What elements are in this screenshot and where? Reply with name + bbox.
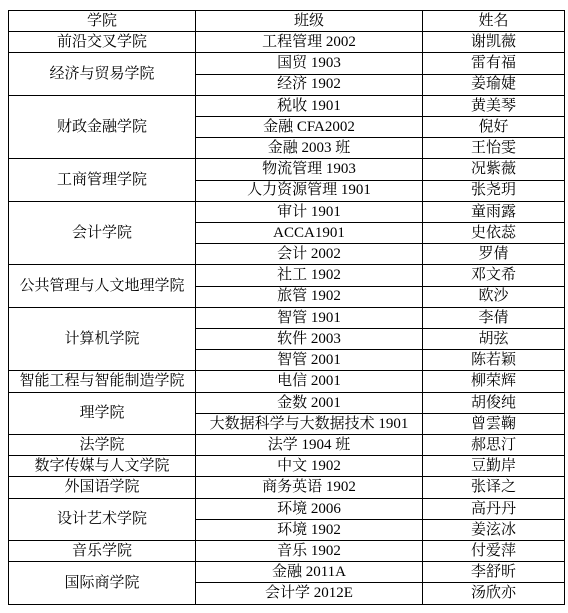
name-cell: 史依蕊 — [423, 223, 565, 244]
table-row: 智能工程与智能制造学院 电信 2001 柳荣辉 — [9, 371, 565, 392]
name-cell: 雷有福 — [423, 53, 565, 74]
class-cell: 法学 1904 班 — [196, 435, 423, 456]
table-row: 音乐学院 音乐 1902 付爱萍 — [9, 541, 565, 562]
class-cell: 会计学 2012E — [196, 583, 423, 605]
class-cell: 商务英语 1902 — [196, 477, 423, 498]
class-cell: 音乐 1902 — [196, 541, 423, 562]
name-cell: 胡弦 — [423, 329, 565, 350]
college-cell: 公共管理与人文地理学院 — [9, 265, 196, 307]
class-cell: 税收 1901 — [196, 95, 423, 116]
student-table: 学院 班级 姓名 前沿交叉学院 工程管理 2002 谢凯薇 经济与贸易学院 国贸… — [8, 10, 565, 605]
name-cell: 汤欣亦 — [423, 583, 565, 605]
class-cell: 电信 2001 — [196, 371, 423, 392]
college-cell: 音乐学院 — [9, 541, 196, 562]
name-cell: 李倩 — [423, 307, 565, 328]
class-cell: 工程管理 2002 — [196, 32, 423, 53]
class-cell: 人力资源管理 1901 — [196, 180, 423, 201]
name-cell: 童雨露 — [423, 201, 565, 222]
class-cell: 大数据科学与大数据技术 1901 — [196, 413, 423, 434]
college-cell: 财政金融学院 — [9, 95, 196, 159]
class-cell: 金融 2011A — [196, 562, 423, 583]
name-cell: 倪好 — [423, 117, 565, 138]
name-cell: 欧沙 — [423, 286, 565, 307]
table-row: 外国语学院 商务英语 1902 张译之 — [9, 477, 565, 498]
college-cell: 会计学院 — [9, 201, 196, 265]
name-cell: 豆勤岸 — [423, 456, 565, 477]
name-cell: 张译之 — [423, 477, 565, 498]
table-row: 前沿交叉学院 工程管理 2002 谢凯薇 — [9, 32, 565, 53]
name-cell: 高丹丹 — [423, 498, 565, 519]
class-cell: 金数 2001 — [196, 392, 423, 413]
header-row: 学院 班级 姓名 — [9, 11, 565, 32]
name-cell: 姜瑜婕 — [423, 74, 565, 95]
table-row: 设计艺术学院 环境 2006 高丹丹 — [9, 498, 565, 519]
table-row: 理学院 金数 2001 胡俊纯 — [9, 392, 565, 413]
table-row: 工商管理学院 物流管理 1903 况紫薇 — [9, 159, 565, 180]
name-cell: 况紫薇 — [423, 159, 565, 180]
class-cell: 审计 1901 — [196, 201, 423, 222]
name-cell: 付爱萍 — [423, 541, 565, 562]
class-cell: 金融 2003 班 — [196, 138, 423, 159]
college-cell: 经济与贸易学院 — [9, 53, 196, 95]
name-cell: 曾雲鞠 — [423, 413, 565, 434]
table-row: 经济与贸易学院 国贸 1903 雷有福 — [9, 53, 565, 74]
college-cell: 计算机学院 — [9, 307, 196, 371]
name-cell: 谢凯薇 — [423, 32, 565, 53]
class-cell: 金融 CFA2002 — [196, 117, 423, 138]
table-row: 数字传媒与人文学院 中文 1902 豆勤岸 — [9, 456, 565, 477]
college-cell: 智能工程与智能制造学院 — [9, 371, 196, 392]
class-cell: 会计 2002 — [196, 244, 423, 265]
class-cell: 智管 2001 — [196, 350, 423, 371]
column-header-class: 班级 — [196, 11, 423, 32]
college-cell: 外国语学院 — [9, 477, 196, 498]
name-cell: 邓文希 — [423, 265, 565, 286]
college-cell: 国际商学院 — [9, 562, 196, 605]
class-cell: 环境 2006 — [196, 498, 423, 519]
class-cell: 环境 1902 — [196, 519, 423, 540]
name-cell: 黄美琴 — [423, 95, 565, 116]
college-cell: 法学院 — [9, 435, 196, 456]
name-cell: 姜泫冰 — [423, 519, 565, 540]
college-cell: 数字传媒与人文学院 — [9, 456, 196, 477]
table-row: 公共管理与人文地理学院 社工 1902 邓文希 — [9, 265, 565, 286]
class-cell: 中文 1902 — [196, 456, 423, 477]
table-row: 会计学院 审计 1901 童雨露 — [9, 201, 565, 222]
name-cell: 李舒昕 — [423, 562, 565, 583]
name-cell: 陈若颖 — [423, 350, 565, 371]
college-cell: 工商管理学院 — [9, 159, 196, 201]
name-cell: 罗倩 — [423, 244, 565, 265]
class-cell: 社工 1902 — [196, 265, 423, 286]
name-cell: 柳荣辉 — [423, 371, 565, 392]
class-cell: 国贸 1903 — [196, 53, 423, 74]
table-row: 财政金融学院 税收 1901 黄美琴 — [9, 95, 565, 116]
name-cell: 胡俊纯 — [423, 392, 565, 413]
name-cell: 张尧玥 — [423, 180, 565, 201]
college-cell: 设计艺术学院 — [9, 498, 196, 540]
table-row: 计算机学院 智管 1901 李倩 — [9, 307, 565, 328]
class-cell: 智管 1901 — [196, 307, 423, 328]
class-cell: 物流管理 1903 — [196, 159, 423, 180]
column-header-college: 学院 — [9, 11, 196, 32]
column-header-name: 姓名 — [423, 11, 565, 32]
class-cell: 软件 2003 — [196, 329, 423, 350]
class-cell: 经济 1902 — [196, 74, 423, 95]
document-page: 学院 班级 姓名 前沿交叉学院 工程管理 2002 谢凯薇 经济与贸易学院 国贸… — [0, 0, 568, 613]
college-cell: 前沿交叉学院 — [9, 32, 196, 53]
name-cell: 王怡雯 — [423, 138, 565, 159]
table-row: 法学院 法学 1904 班 郝思汀 — [9, 435, 565, 456]
table-row: 国际商学院 金融 2011A 李舒昕 — [9, 562, 565, 583]
class-cell: ACCA1901 — [196, 223, 423, 244]
name-cell: 郝思汀 — [423, 435, 565, 456]
college-cell: 理学院 — [9, 392, 196, 434]
class-cell: 旅管 1902 — [196, 286, 423, 307]
